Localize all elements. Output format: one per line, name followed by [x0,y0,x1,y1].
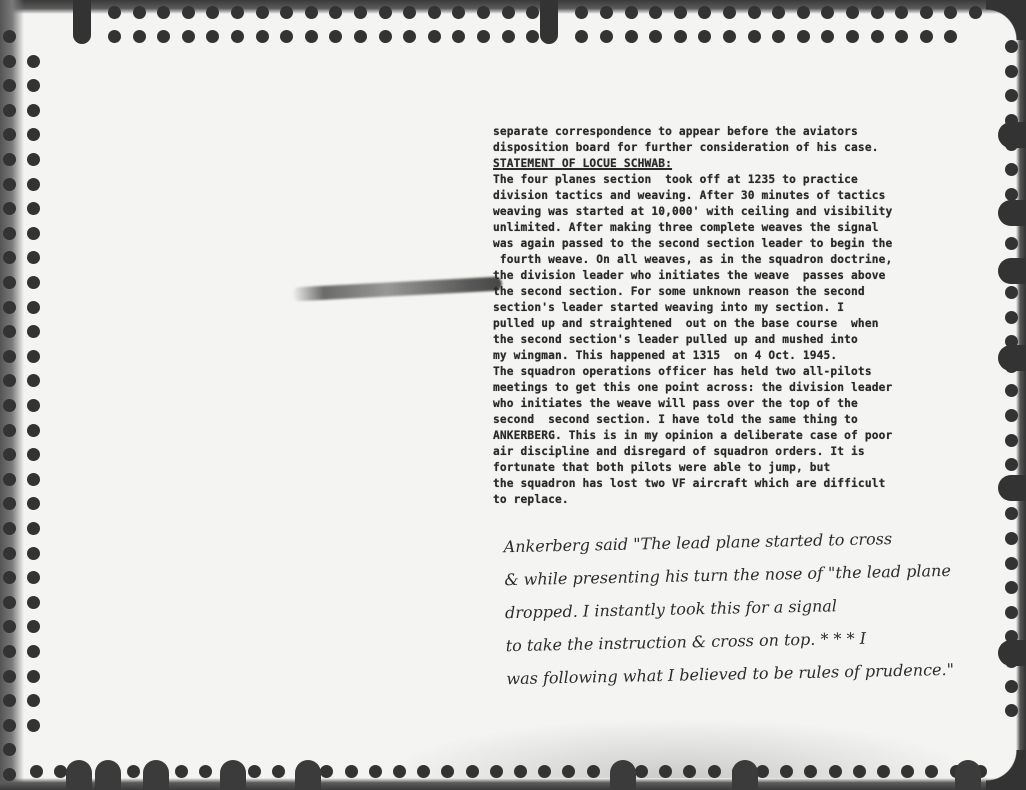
perforation-hole [133,30,146,43]
perforation-hole [698,6,711,19]
perforation-hole [133,6,146,19]
perforation-hole [600,30,613,43]
film-edge-tooth [540,0,558,44]
perforation-hole [1005,409,1018,422]
perforation-hole [723,6,736,19]
perforation-hole [320,765,333,778]
perforation-hole [27,350,40,363]
perforation-hole [1005,434,1018,447]
film-edge-tooth [610,760,636,790]
perforation-hole [329,30,342,43]
perforation-hole [649,30,662,43]
typed-line-redacted: section's leader started weaving into my… [493,300,973,316]
perforation-hole [280,30,293,43]
perforation-hole [772,30,785,43]
perforation-hole [944,6,957,19]
perforation-hole [649,6,662,19]
perforation-hole [27,301,40,314]
perforation-hole [27,645,40,658]
perforation-hole [1005,237,1018,250]
perforation-hole [674,30,687,43]
perforation-hole [674,6,687,19]
film-edge-tooth [66,760,92,790]
perforation-hole [27,719,40,732]
scanned-document-page: separate correspondence to appear before… [0,0,1026,790]
ink-smudge [292,277,502,302]
perforation-hole [27,251,40,264]
perforation-hole [526,6,539,19]
film-edge-tooth [295,760,321,790]
perforation-hole [797,30,810,43]
perforation-hole [821,6,834,19]
film-edge-tooth [95,760,121,790]
perforation-hole [30,765,43,778]
perforation-hole [853,765,866,778]
perforation-hole [3,670,16,683]
perforation-hole [305,30,318,43]
film-edge-tooth [998,475,1026,501]
perforation-hole [1005,65,1018,78]
perforation-hole [27,448,40,461]
perforation-hole [748,6,761,19]
perforation-hole [1005,188,1018,201]
perforation-hole [27,55,40,68]
typed-line: the second section. For some unknown rea… [493,284,973,300]
perforation-hole [600,6,613,19]
perforation-hole [944,30,957,43]
perforation-hole [477,6,490,19]
perforation-hole [871,6,884,19]
perforation-hole [575,30,588,43]
perforation-hole [27,571,40,584]
perforation-hole [452,30,465,43]
film-edge-tooth [220,760,246,790]
perforation-hole [403,6,416,19]
film-edge-tooth [73,0,91,44]
perforation-hole [27,227,40,240]
handwritten-annotation: Ankerberg said "The lead plane started t… [503,520,1006,695]
perforation-hole [969,6,982,19]
perforation-hole [1005,532,1018,545]
perforation-hole [27,374,40,387]
perforation-hole [490,765,503,778]
perforation-hole [3,768,16,781]
typed-line: second second section. I have told the s… [493,412,973,428]
perforation-hole [3,276,16,289]
perforation-hole [625,6,638,19]
perforation-hole [403,30,416,43]
typed-line: the division leader who initiates the we… [493,268,973,284]
perforation-hole [1005,286,1018,299]
rounded-corner-top-right [986,0,1026,40]
perforation-hole [3,424,16,437]
perforation-hole [27,178,40,191]
perforation-hole [895,6,908,19]
perforation-hole [345,765,358,778]
perforation-hole [3,178,16,191]
typed-line: The squadron operations officer has held… [493,364,973,380]
statement-heading: STATEMENT OF LOCUE SCHWAB: [493,156,973,172]
perforation-hole [280,6,293,19]
perforation-hole [3,153,16,166]
perforation-hole [157,30,170,43]
perforation-hole [272,765,285,778]
perforation-hole [3,596,16,609]
perforation-hole [846,6,859,19]
typed-line: was again passed to the second section l… [493,236,973,252]
perforation-hole [3,301,16,314]
perforation-hole [466,765,479,778]
perforation-hole [1005,311,1018,324]
perforation-hole [27,128,40,141]
perforation-hole [231,6,244,19]
film-edge-tooth [998,258,1026,284]
typed-line: weaving was started at 10,000' with ceil… [493,204,973,220]
perforation-hole [182,6,195,19]
perforation-hole [3,719,16,732]
perforation-hole [871,30,884,43]
film-edge-tooth [955,760,981,790]
perforation-hole [27,522,40,535]
perforation-hole [502,30,515,43]
typed-line: separate correspondence to appear before… [493,124,973,140]
perforation-hole [3,55,16,68]
rounded-corner-bottom-right [986,750,1026,790]
perforation-hole [27,473,40,486]
perforation-hole [3,399,16,412]
film-edge-tooth [998,122,1026,148]
typed-line: the second section's leader pulled up an… [493,332,973,348]
perforation-hole [587,765,600,778]
perforation-hole [723,30,736,43]
perforation-hole [379,6,392,19]
perforation-hole [27,276,40,289]
typed-line: ANKERBERG. This is in my opinion a delib… [493,428,973,444]
perforation-hole [698,30,711,43]
perforation-hole [27,424,40,437]
perforation-hole [393,765,406,778]
perforation-hole [452,6,465,19]
perforation-hole [27,104,40,117]
perforation-hole [3,227,16,240]
perforation-hole [920,6,933,19]
perforation-hole [27,620,40,633]
perforation-hole [27,153,40,166]
perforation-hole [329,6,342,19]
perforation-hole [27,497,40,510]
perforation-hole [748,30,761,43]
perforation-hole [206,30,219,43]
perforation-hole [27,694,40,707]
perforation-hole [27,399,40,412]
perforation-hole [772,6,785,19]
typed-line: fortunate that both pilots were able to … [493,460,973,476]
perforation-hole [1005,606,1018,619]
perforation-hole [231,30,244,43]
typed-line: disposition board for further considerat… [493,140,973,156]
perforation-hole [502,6,515,19]
typed-line: the squadron has lost two VF aircraft wh… [493,476,973,492]
perforation-hole [477,30,490,43]
perforation-hole [428,6,441,19]
perforation-hole [182,30,195,43]
typed-line: to replace. [493,492,973,508]
typed-line: my wingman. This happened at 1315 on 4 O… [493,348,973,364]
perforation-hole [635,765,648,778]
perforation-hole [157,6,170,19]
film-edge-tooth [998,200,1026,226]
perforation-hole [248,765,261,778]
perforation-hole [3,350,16,363]
perforation-hole [199,765,212,778]
perforation-hole [206,6,219,19]
perforation-hole [3,645,16,658]
film-edge-tooth [732,760,758,790]
perforation-hole [3,522,16,535]
typed-line: unlimited. After making three complete w… [493,220,973,236]
typed-line-struck: pulled up and straightened out on the ba… [493,316,973,332]
perforation-hole [1005,680,1018,693]
perforation-hole [526,30,539,43]
perforation-hole [27,547,40,560]
perforation-hole [27,596,40,609]
perforation-hole [708,765,721,778]
perforation-hole [354,30,367,43]
perforation-hole [27,202,40,215]
perforation-hole [821,30,834,43]
typed-line: who initiates the weave will pass over t… [493,396,973,412]
perforation-hole [575,6,588,19]
perforation-hole [175,765,188,778]
typed-line: fourth weave. On all weaves, as in the s… [493,252,973,268]
perforation-hole [3,30,16,43]
perforation-hole [369,765,382,778]
perforation-hole [256,6,269,19]
perforation-hole [27,79,40,92]
typed-line: The four planes section took off at 1235… [493,172,973,188]
perforation-hole [354,6,367,19]
perforation-hole [1005,557,1018,570]
perforation-hole [3,547,16,560]
perforation-hole [428,30,441,43]
typewritten-statement: separate correspondence to appear before… [493,124,973,508]
perforation-hole [27,325,40,338]
perforation-hole [1005,40,1018,53]
perforation-hole [846,30,859,43]
perforation-hole [514,765,527,778]
perforation-hole [3,104,16,117]
perforation-hole [3,473,16,486]
typed-line: meetings to get this one point across: t… [493,380,973,396]
film-edge-tooth [998,345,1026,371]
film-edge-tooth [143,760,169,790]
perforation-hole [895,30,908,43]
perforation-hole [108,6,121,19]
perforation-hole [920,30,933,43]
perforation-hole [877,765,890,778]
perforation-hole [256,30,269,43]
typed-line: division tactics and weaving. After 30 m… [493,188,973,204]
typed-line: air discipline and disregard of squadron… [493,444,973,460]
perforation-hole [305,6,318,19]
perforation-hole [1005,163,1018,176]
perforation-hole [797,6,810,19]
perforation-hole [379,30,392,43]
perforation-hole [829,765,842,778]
perforation-hole [27,670,40,683]
perforation-hole [625,30,638,43]
perforation-hole [127,765,140,778]
perforation-hole [108,30,121,43]
